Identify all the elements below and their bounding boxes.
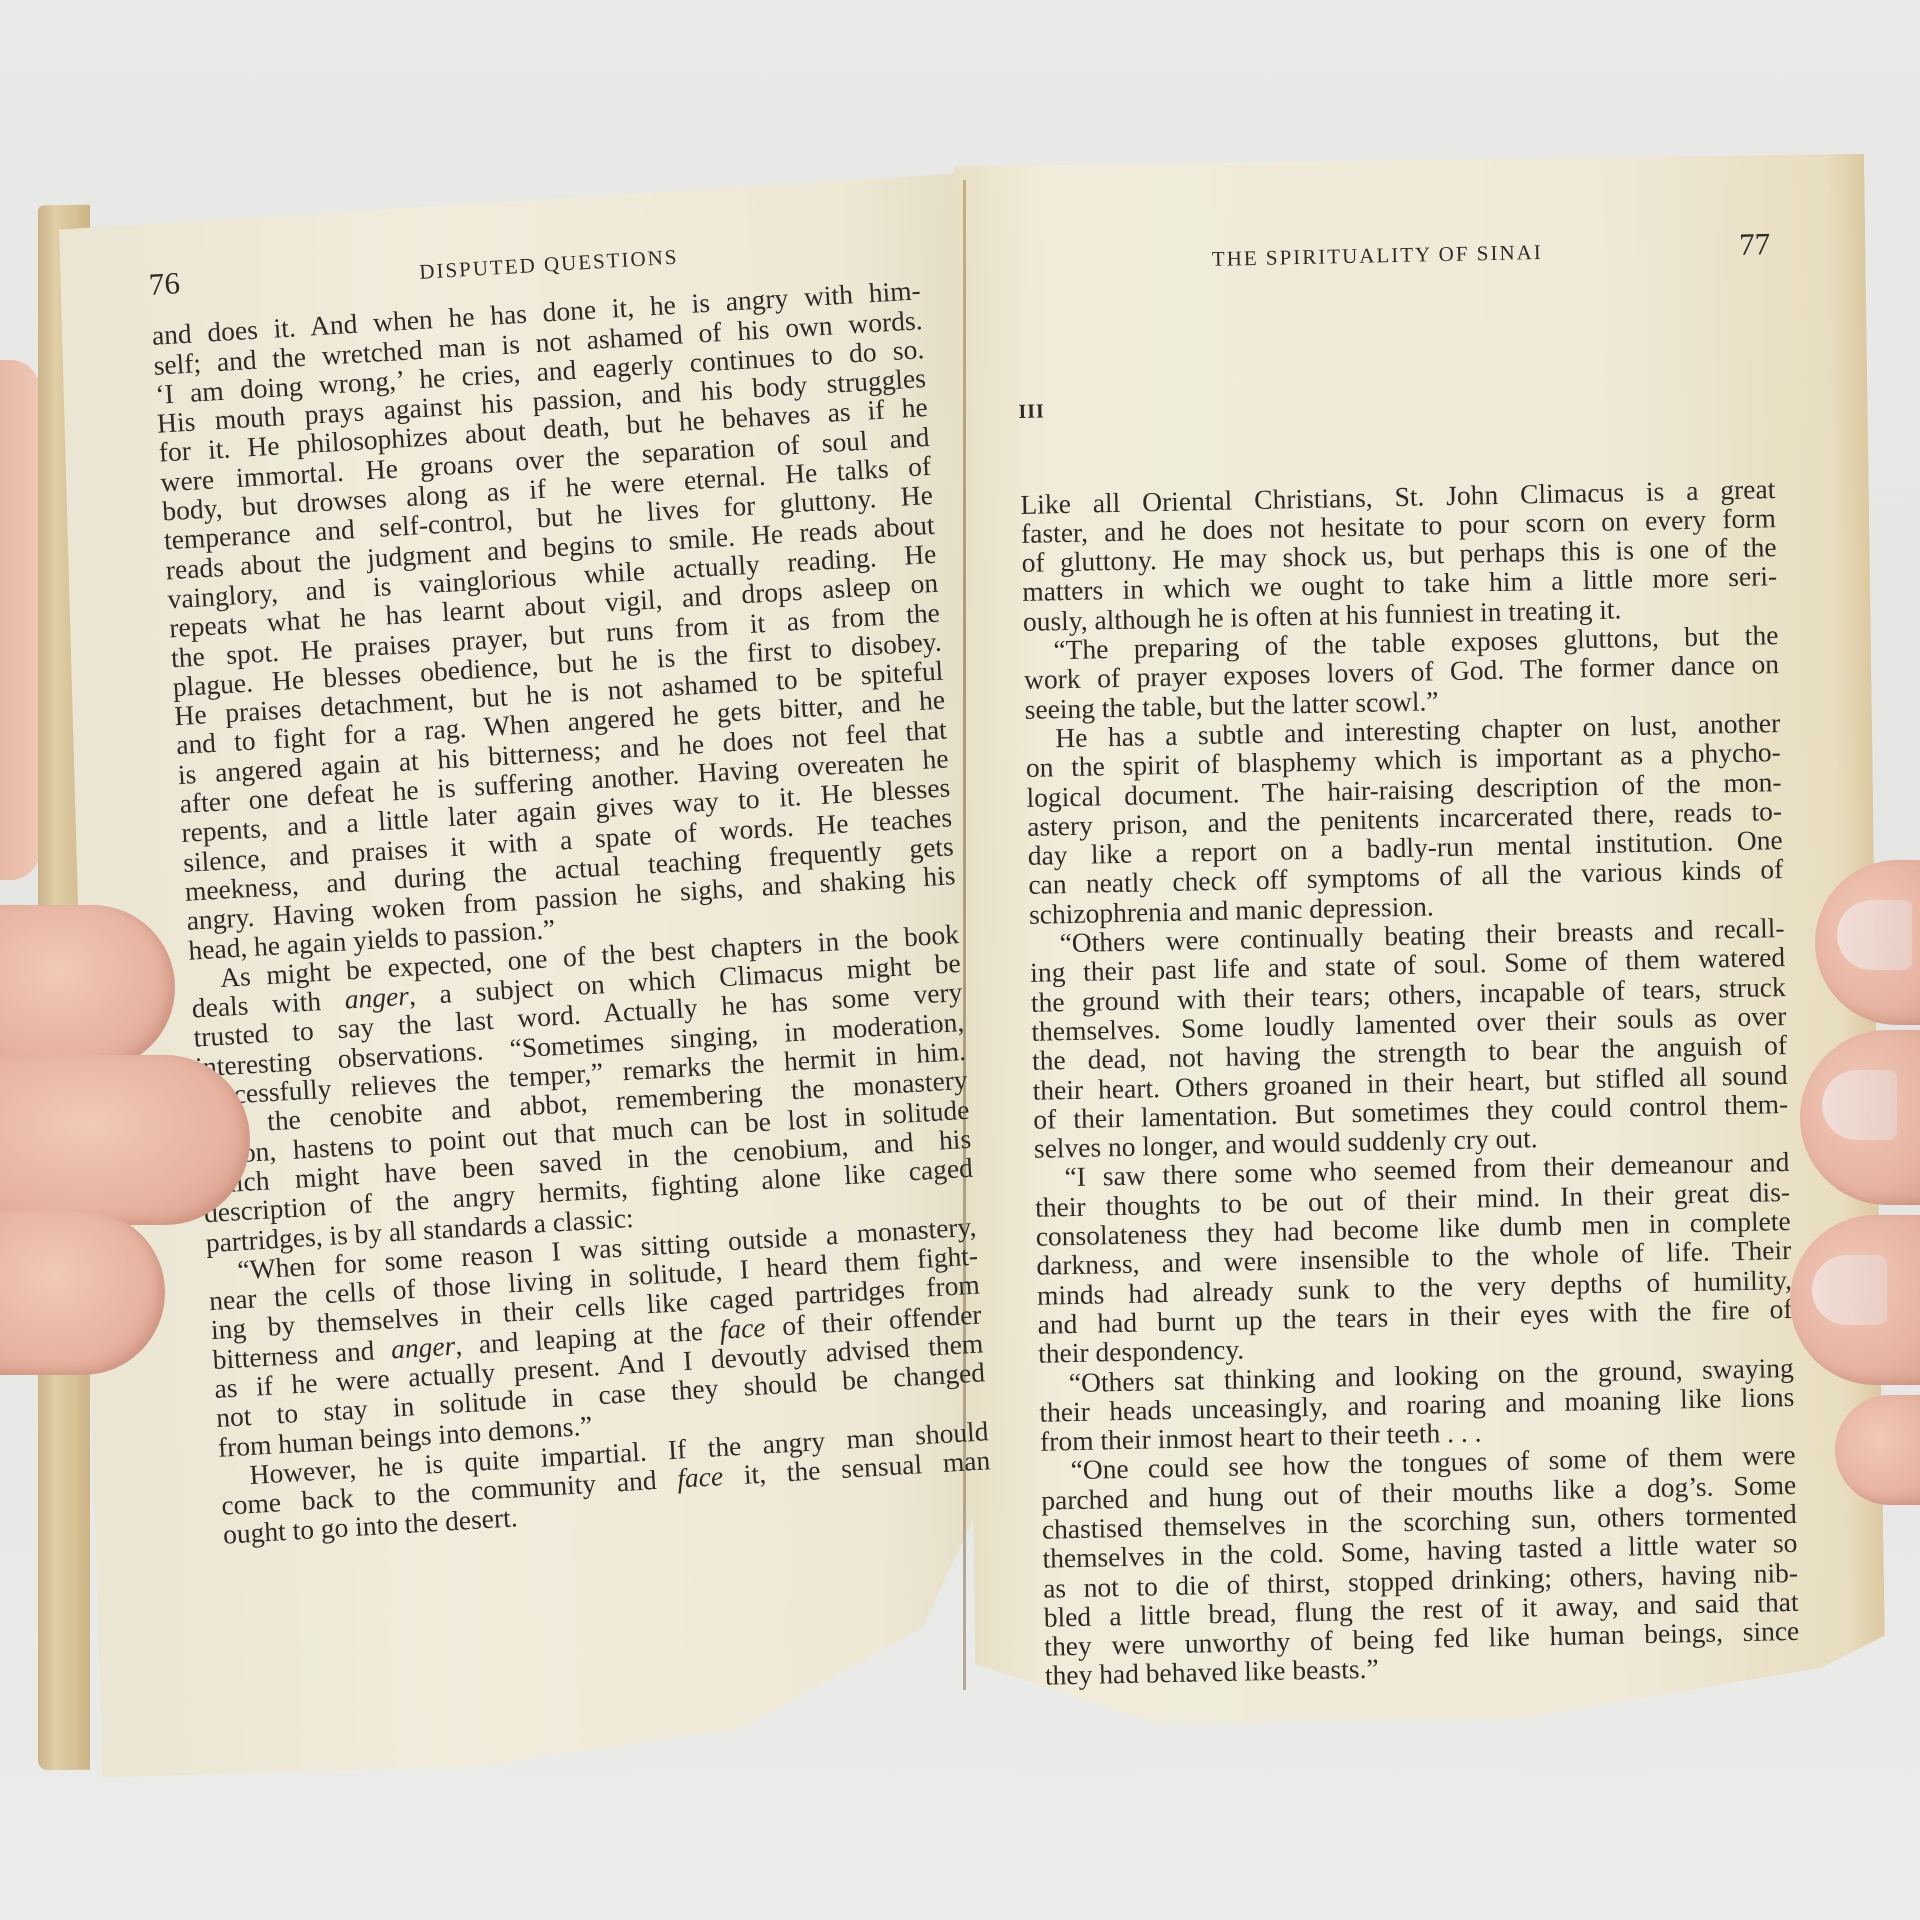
right-page-text: THE SPIRITUALITY OF SINAI 77 III Like al… (1015, 229, 1800, 1690)
fingernail (1812, 1255, 1887, 1325)
left-page-text: 76 DISPUTED QUESTIONS and does it. And w… (148, 224, 993, 1549)
page-number: 76 (148, 268, 181, 299)
left-hand-finger (0, 1210, 165, 1375)
left-hand-finger (0, 1055, 250, 1225)
page-number: 77 (1739, 229, 1771, 259)
left-body-text: and does it. And when he has done it, he… (151, 276, 993, 1550)
fingernail (1822, 1070, 1897, 1140)
fingernail (1837, 900, 1912, 970)
photo-scene: 76 DISPUTED QUESTIONS and does it. And w… (0, 0, 1920, 1920)
left-hand-palm (0, 360, 40, 880)
section-number: III (1018, 382, 1773, 427)
left-hand-finger (0, 905, 175, 1070)
right-body-text: Like all Oriental Christians, St. John C… (1020, 474, 1800, 1691)
